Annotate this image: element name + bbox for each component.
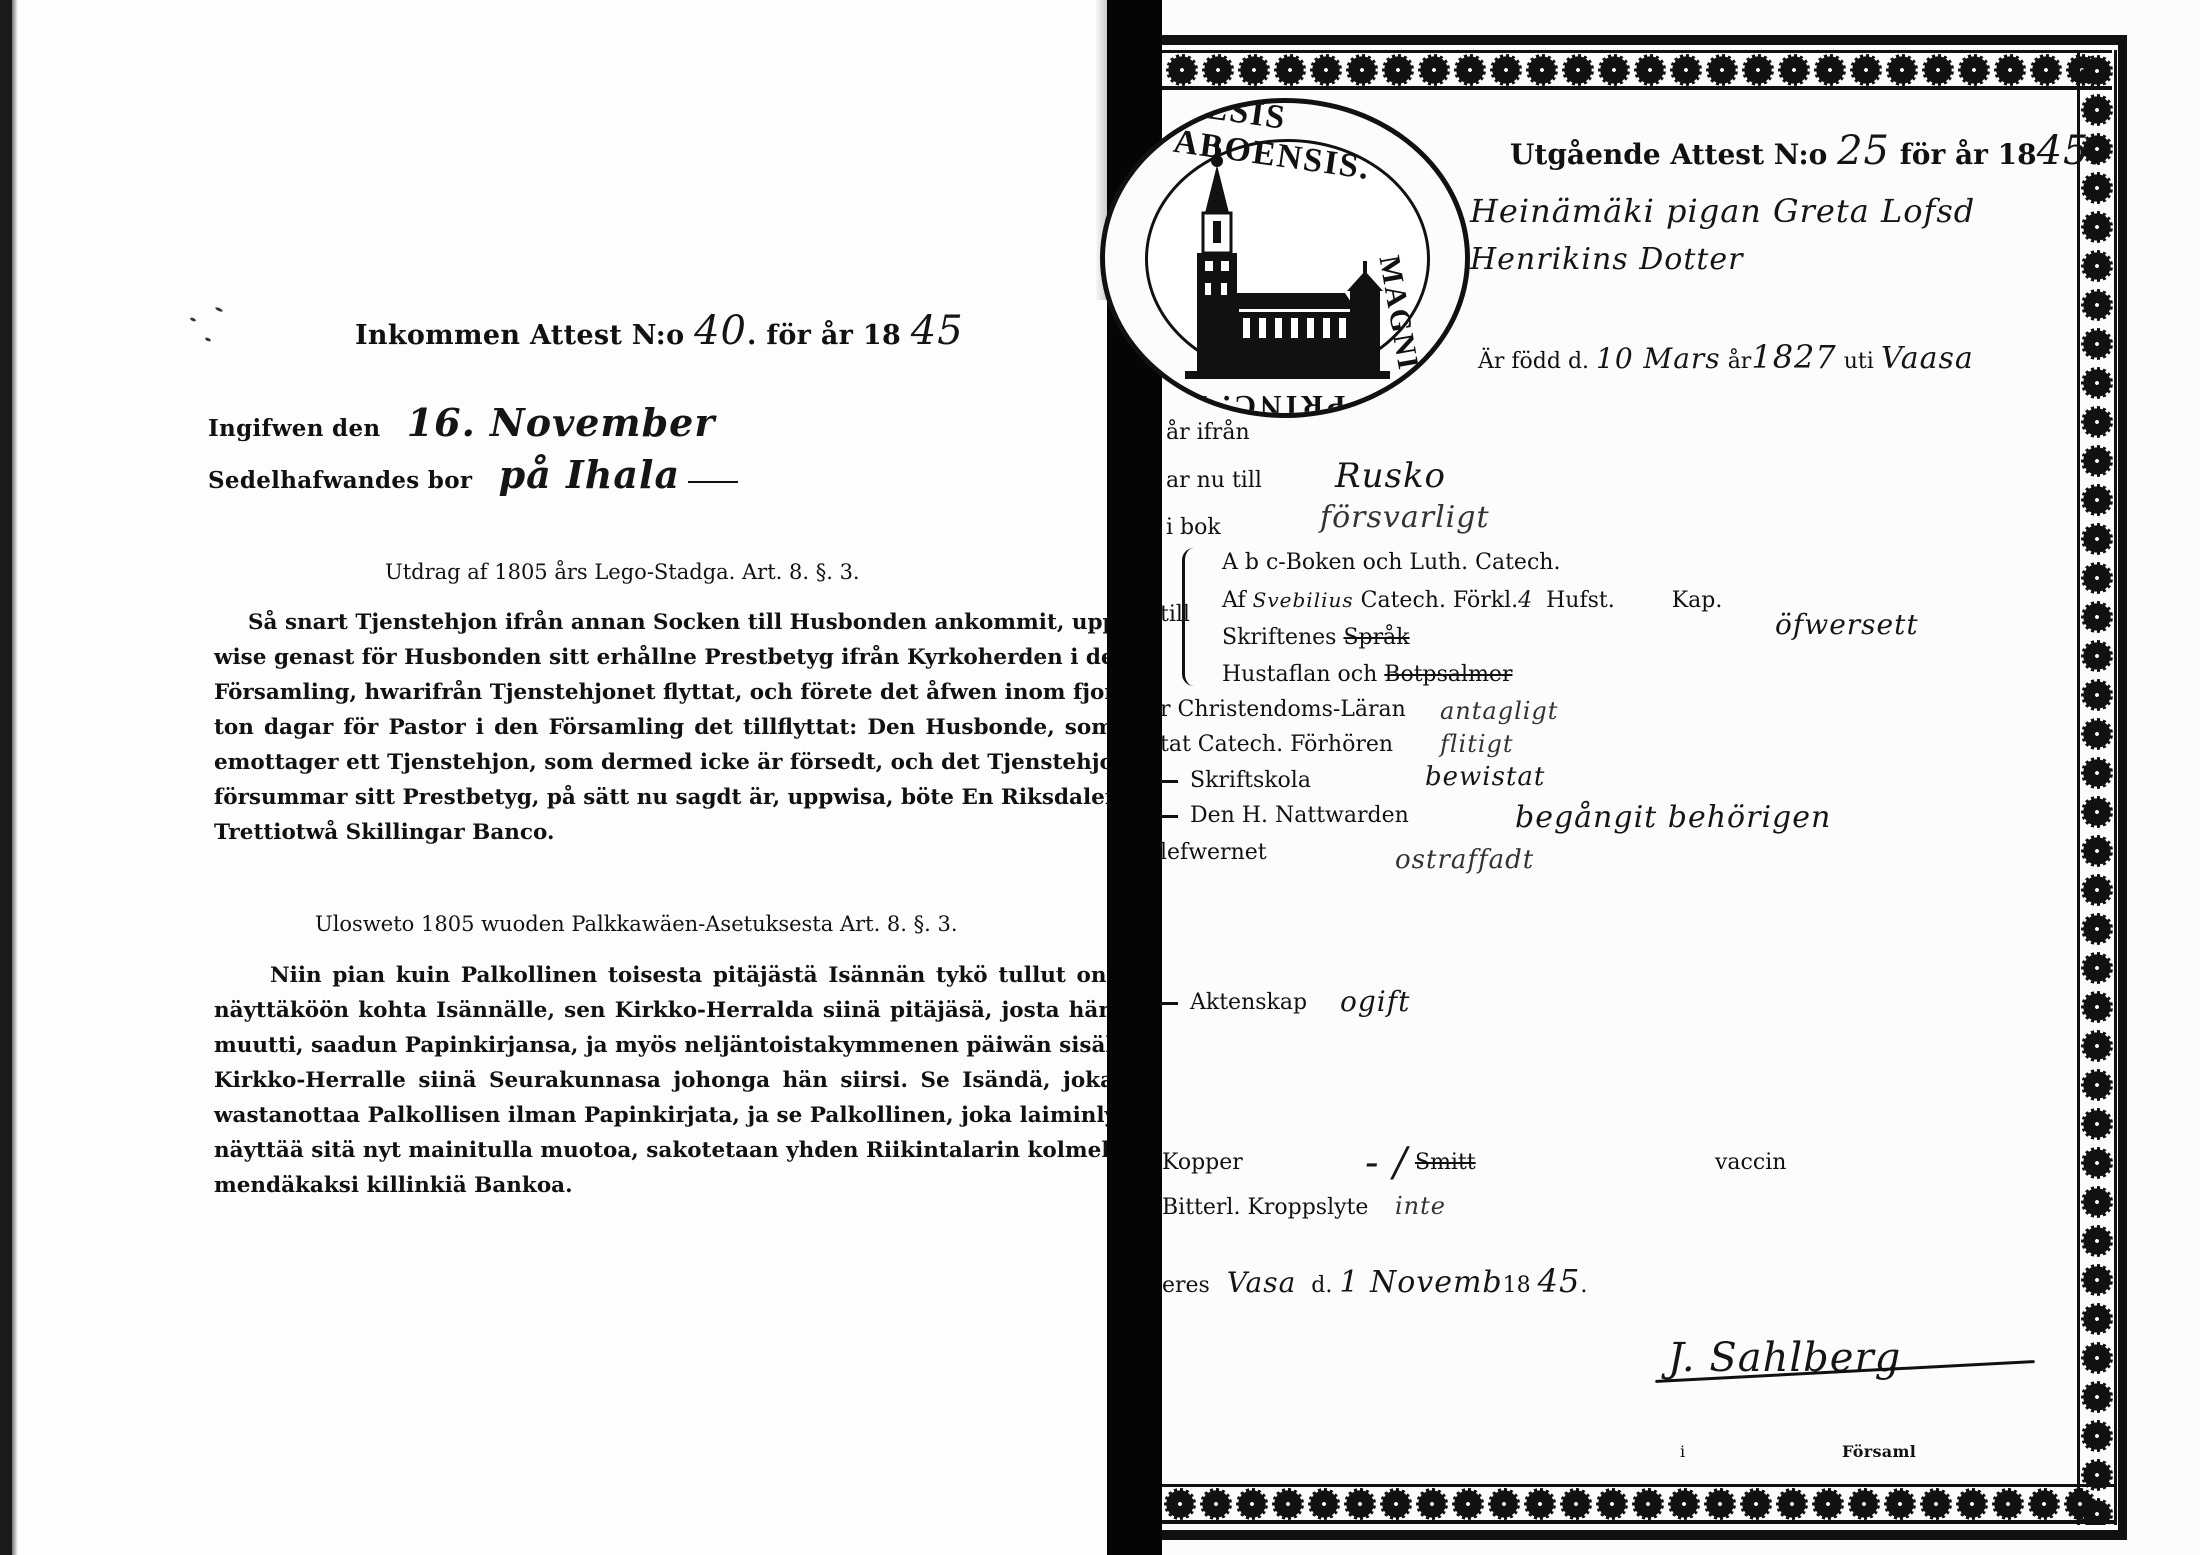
incoming-title-prefix: Inkommen Attest N:o	[355, 320, 684, 351]
knowledge-value: antagligt	[1440, 697, 1558, 725]
issued-date: 1 Novemb	[1339, 1265, 1502, 1300]
paragraph-line: wastanottaa Palkollisen ilman Papinkirja…	[214, 1098, 1114, 1133]
swedish-extract-paragraph: Så snart Tjenstehjon ifrån annan Socken …	[214, 605, 1114, 850]
rosette-ornament-icon	[2081, 1069, 2113, 1101]
rosette-ornament-icon	[1308, 1488, 1340, 1520]
moved-from-label: år ifrån	[1166, 420, 1250, 445]
rosette-ornament-icon	[1850, 54, 1882, 86]
paragraph-line: Församling, hwarifrån Tjenstehjonet flyt…	[214, 675, 1114, 710]
outgoing-year-suffix: 45	[2037, 128, 2090, 174]
rosette-ornament-icon	[2081, 757, 2113, 789]
brace-item-household-table: Hustaflan och Botpsalmer	[1222, 662, 1512, 687]
paragraph-line: näyttäköön kohta Isännälle, sen Kirkko-H…	[214, 993, 1114, 1028]
rosette-ornament-icon	[2081, 1147, 2113, 1179]
field-label: Ingifwen den	[208, 415, 380, 442]
rosette-ornament-icon	[1632, 1488, 1664, 1520]
communion-value: begångit behörigen	[1515, 800, 1831, 835]
incoming-certificate-number: 40	[694, 308, 747, 354]
incoming-title-year-prefix: för år 18	[766, 320, 901, 351]
rosette-ornament-icon	[1560, 1488, 1592, 1520]
rosette-ornament-icon	[2081, 367, 2113, 399]
footer-i: i	[1680, 1442, 1685, 1461]
field-value: på Ihala	[499, 452, 681, 497]
vaccine-label: vaccin	[1715, 1150, 1786, 1175]
rosette-ornament-icon	[1958, 54, 1990, 86]
rosette-ornament-icon	[2064, 1488, 2096, 1520]
rosette-ornament-icon	[1382, 54, 1414, 86]
rosette-ornament-icon	[2081, 445, 2113, 477]
rosette-ornament-icon	[1994, 54, 2026, 86]
field-value: 16. November	[407, 400, 716, 445]
confirmation-school-value: bewistat	[1425, 762, 1545, 792]
birth-year: 1827	[1751, 338, 1836, 376]
rosette-ornament-icon	[2081, 913, 2113, 945]
rosette-ornament-icon	[1524, 1488, 1556, 1520]
rosette-ornament-icon	[2081, 1264, 2113, 1296]
rosette-ornament-icon	[1490, 54, 1522, 86]
rosette-ornament-icon	[1272, 1488, 1304, 1520]
conduct-label: lefwernet	[1160, 840, 1267, 865]
rosette-ornament-icon	[2081, 835, 2113, 867]
rosette-ornament-icon	[1740, 1488, 1772, 1520]
left-page-edge	[0, 0, 12, 1555]
brace-item-scripture: Skriftenes Språk	[1222, 625, 1410, 650]
bodily-defect-label: Bitterl. Kroppslyte	[1162, 1195, 1368, 1220]
brace-item-catechism: Af Svebilius Catech. Förkl.4 Hufst. Kap.	[1222, 588, 1722, 613]
rosette-ornament-icon	[2081, 289, 2113, 321]
rosette-ornament-icon	[1884, 1488, 1916, 1520]
rosette-ornament-icon	[1668, 1488, 1700, 1520]
catechism-value: öfwersett	[1775, 608, 1919, 641]
paragraph-line: näyttää sitä nyt mainitulla muotoa, sako…	[214, 1133, 1114, 1168]
rosette-ornament-icon	[2081, 1381, 2113, 1413]
left-page-edge-shadow	[12, 0, 18, 1555]
rosette-ornament-icon	[1848, 1488, 1880, 1520]
paragraph-line: emottager ett Tjenstehjon, som dermed ic…	[214, 745, 1114, 780]
rosette-ornament-icon	[1742, 54, 1774, 86]
outgoing-certificate-number: 25	[1837, 128, 1890, 174]
rosette-ornament-icon	[1488, 1488, 1520, 1520]
finnish-extract-paragraph: Niin pian kuin Palkollinen toisesta pitä…	[214, 958, 1114, 1203]
rosette-ornament-icon	[2081, 601, 2113, 633]
reading-value: försvarligt	[1320, 500, 1490, 535]
brace-item-abc-book: A b c-Boken och Luth. Catech.	[1222, 550, 1560, 575]
rosette-ornament-icon	[2081, 718, 2113, 750]
birth-date: 10 Mars	[1596, 342, 1721, 375]
rosette-ornament-icon	[2081, 406, 2113, 438]
field-submitted-date: Ingifwen den 16. November	[208, 400, 715, 445]
rosette-ornament-icon	[2030, 54, 2062, 86]
birth-row: Är född d. 10 Mars år1827 uti Vaasa	[1478, 338, 1974, 376]
rosette-ornament-icon	[2081, 796, 2113, 828]
rosette-ornament-icon	[2081, 952, 2113, 984]
ornament-band-bottom	[1162, 1484, 2117, 1524]
ornament-band-right	[2077, 50, 2117, 1525]
moving-to-value: Rusko	[1335, 456, 1446, 496]
rosette-ornament-icon	[1776, 1488, 1808, 1520]
bodily-defect-value: inte	[1395, 1192, 1446, 1220]
rosette-ornament-icon	[1598, 54, 1630, 86]
field-holder-residence: Sedelhafwandes bor på Ihala	[208, 452, 738, 497]
rosette-ornament-icon	[1310, 54, 1342, 86]
birth-year-label: år	[1728, 349, 1752, 374]
swedish-extract-heading: Utdrag af 1805 års Lego-Stadga. Art. 8. …	[385, 560, 860, 584]
rosette-ornament-icon	[2081, 250, 2113, 282]
paragraph-line: muutti, saadun Papinkirjansa, ja myös ne…	[214, 1028, 1114, 1063]
smallpox-label: Kopper	[1162, 1150, 1243, 1175]
rosette-ornament-icon	[1706, 54, 1738, 86]
rosette-ornament-icon	[2081, 640, 2113, 672]
rosette-ornament-icon	[1634, 54, 1666, 86]
rosette-ornament-icon	[1886, 54, 1918, 86]
reading-label: i bok	[1166, 515, 1221, 540]
rosette-ornament-icon	[1418, 54, 1450, 86]
brace-bracket	[1182, 548, 1196, 686]
rosette-ornament-icon	[2081, 1225, 2113, 1257]
paragraph-line: ton dagar för Pastor i den Församling de…	[214, 710, 1114, 745]
incoming-year-suffix: 45	[911, 308, 964, 354]
field-label: Sedelhafwandes bor	[208, 467, 472, 494]
paragraph-line: wise genast för Husbonden sitt erhållne …	[214, 640, 1114, 675]
incoming-certificate-title: Inkommen Attest N:o 40. för år 18 45	[355, 308, 964, 354]
issued-row: eres Vasa d. 1 Novemb18 45.	[1162, 1262, 1587, 1300]
person-name-line-2: Henrikins Dotter	[1470, 242, 1744, 277]
rosette-ornament-icon	[2081, 1108, 2113, 1140]
rosette-ornament-icon	[1274, 54, 1306, 86]
marital-value: ogift	[1340, 985, 1410, 1018]
rosette-ornament-icon	[1166, 54, 1198, 86]
catechism-hearings-value: flitigt	[1440, 730, 1514, 758]
rosette-ornament-icon	[2081, 172, 2113, 204]
rosette-ornament-icon	[1956, 1488, 1988, 1520]
rosette-ornament-icon	[1562, 54, 1594, 86]
finnish-extract-heading: Ulosweto 1805 wuoden Palkkawäen-Asetukse…	[315, 912, 958, 936]
knowledge-label: r Christendoms-Läran	[1160, 697, 1406, 722]
contagion-label: Smitt	[1415, 1150, 1476, 1175]
rosette-ornament-icon	[1992, 1488, 2024, 1520]
rosette-ornament-icon	[1236, 1488, 1268, 1520]
communion-label: Den H. Nattwarden	[1160, 803, 1409, 828]
rosette-ornament-icon	[1922, 54, 1954, 86]
rosette-ornament-icon	[1920, 1488, 1952, 1520]
rosette-ornament-icon	[1454, 54, 1486, 86]
footer-parish-label: Församl	[1842, 1442, 1916, 1461]
rosette-ornament-icon	[1202, 54, 1234, 86]
confirmation-school-label: Skriftskola	[1160, 768, 1311, 793]
moving-to-label: ar nu till	[1166, 468, 1262, 493]
paragraph-line: Kirkko-Herralle siinä Seurakunnasa johon…	[214, 1063, 1114, 1098]
rosette-ornament-icon	[2081, 874, 2113, 906]
rosette-ornament-icon	[2081, 55, 2113, 87]
rosette-ornament-icon	[1380, 1488, 1412, 1520]
marital-label: Aktenskap	[1160, 990, 1307, 1015]
diocese-seal: CESIS ABOENSIS. MAGNI PRINC. F	[1100, 98, 1470, 418]
rosette-ornament-icon	[1670, 54, 1702, 86]
rosette-ornament-icon	[2081, 328, 2113, 360]
rosette-ornament-icon	[2028, 1488, 2060, 1520]
rosette-ornament-icon	[1526, 54, 1558, 86]
person-name-line-1: Heinämäki pigan Greta Lofsd	[1470, 192, 1975, 230]
birth-place-label: uti	[1844, 349, 1874, 374]
rosette-ornament-icon	[1344, 1488, 1376, 1520]
ornament-band-top	[1162, 50, 2112, 90]
rosette-ornament-icon	[1812, 1488, 1844, 1520]
rosette-ornament-icon	[1164, 1488, 1196, 1520]
paragraph-line: Så snart Tjenstehjon ifrån annan Socken …	[214, 605, 1114, 640]
rosette-ornament-icon	[2081, 484, 2113, 516]
paragraph-line: Trettiotwå Skillingar Banco.	[214, 815, 1114, 850]
rosette-ornament-icon	[2081, 1420, 2113, 1452]
rosette-ornament-icon	[1346, 54, 1378, 86]
rosette-ornament-icon	[2081, 562, 2113, 594]
rosette-ornament-icon	[2081, 679, 2113, 711]
paragraph-line: försummar sitt Prestbetyg, på sätt nu sa…	[214, 780, 1114, 815]
rosette-ornament-icon	[1238, 54, 1270, 86]
rosette-ornament-icon	[2081, 1186, 2113, 1218]
rosette-ornament-icon	[1814, 54, 1846, 86]
rosette-ornament-icon	[1200, 1488, 1232, 1520]
issued-year: 45	[1538, 1262, 1581, 1300]
rosette-ornament-icon	[2081, 211, 2113, 243]
paragraph-line: Niin pian kuin Palkollinen toisesta pitä…	[214, 958, 1114, 993]
outgoing-certificate-title: Utgående Attest N:o 25 för år 1845:	[1510, 128, 2100, 174]
catechism-hearings-label: tat Catech. Förhören	[1160, 732, 1393, 757]
rosette-ornament-icon	[1704, 1488, 1736, 1520]
issued-place: Vasa	[1227, 1266, 1296, 1299]
rosette-ornament-icon	[2081, 1303, 2113, 1335]
conduct-value: ostraffadt	[1395, 845, 1534, 875]
rosette-ornament-icon	[2081, 991, 2113, 1023]
rosette-ornament-icon	[1452, 1488, 1484, 1520]
birth-label: Är född d.	[1478, 349, 1589, 374]
rosette-ornament-icon	[1596, 1488, 1628, 1520]
outgoing-title-year-prefix: för år 18	[1900, 138, 2037, 171]
rosette-ornament-icon	[2081, 523, 2113, 555]
rosette-ornament-icon	[2081, 1342, 2113, 1374]
rosette-ornament-icon	[1778, 54, 1810, 86]
vaccination-mark: - /	[1365, 1140, 1408, 1186]
paragraph-line: mendäkaksi killinkiä Bankoa.	[214, 1168, 1114, 1203]
rosette-ornament-icon	[1416, 1488, 1448, 1520]
outgoing-title-prefix: Utgående Attest N:o	[1510, 138, 1827, 171]
birth-place: Vaasa	[1881, 341, 1974, 376]
rosette-ornament-icon	[2081, 94, 2113, 126]
rosette-ornament-icon	[2081, 1030, 2113, 1062]
